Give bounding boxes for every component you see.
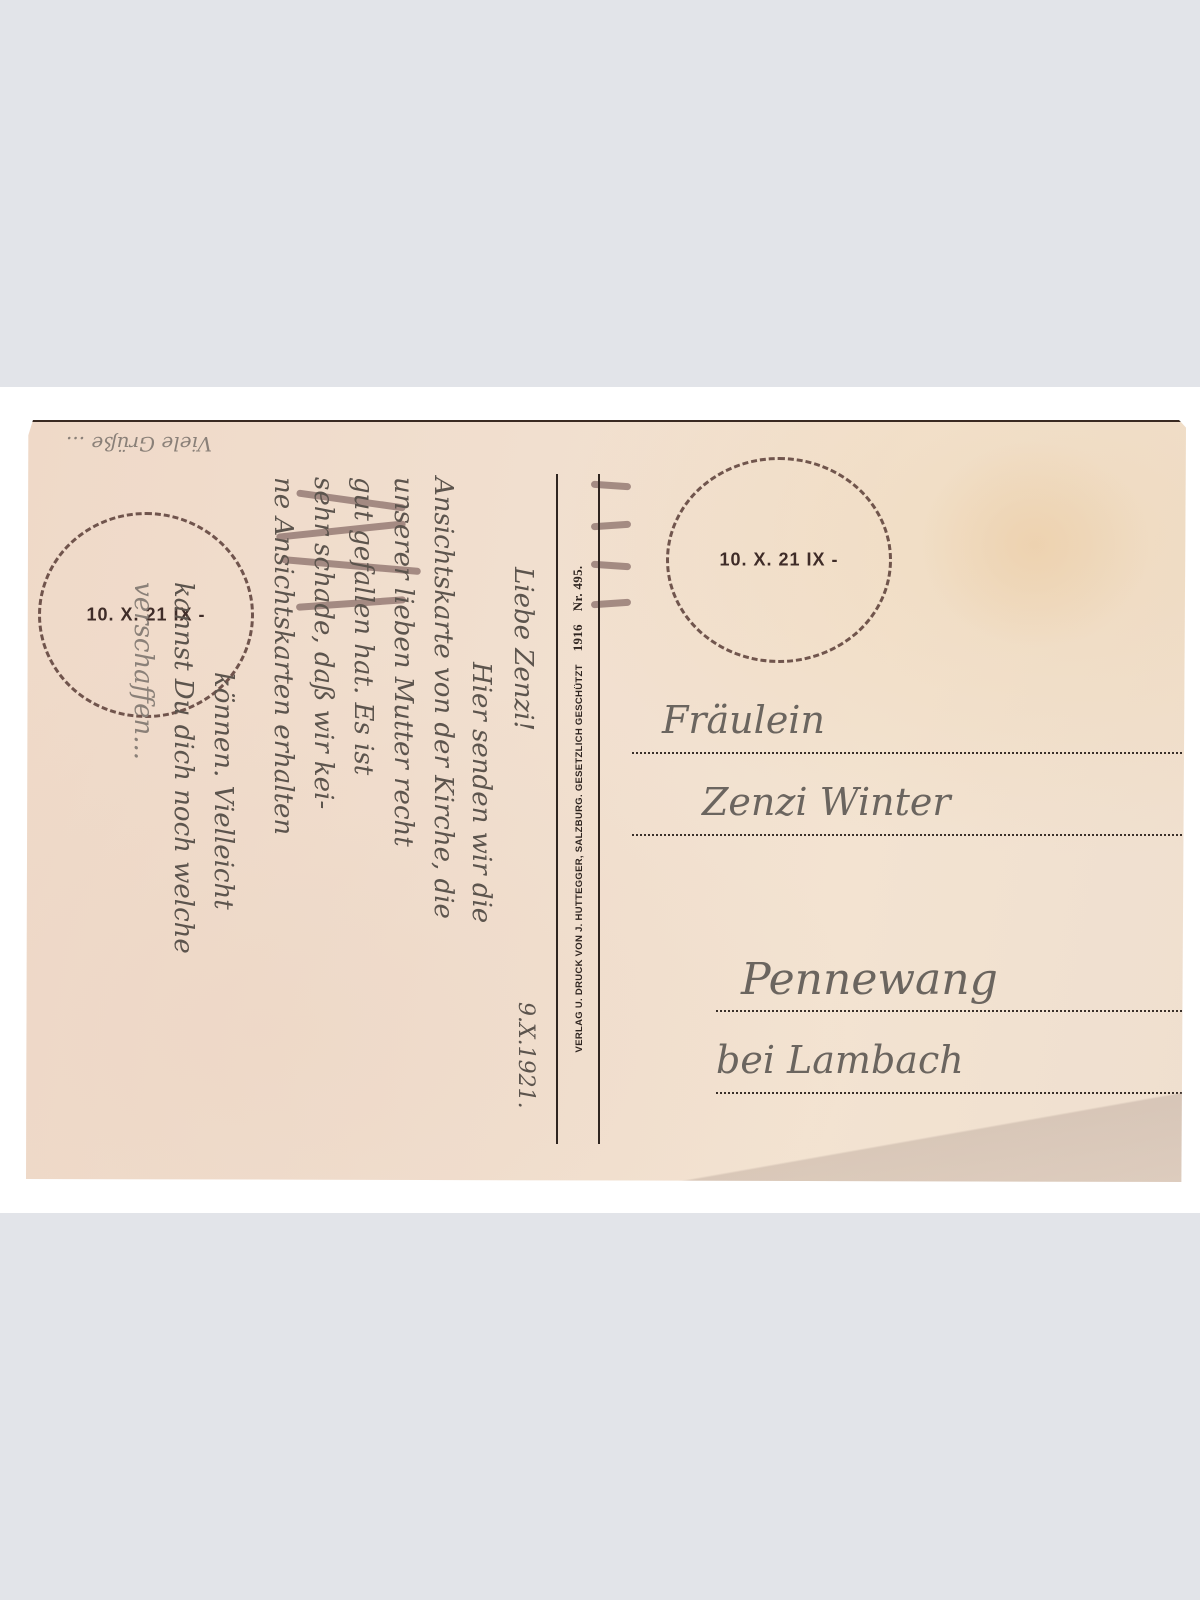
message-line: kannst Du dich noch welche (168, 582, 198, 954)
message-line: sehr schade, daß wir kei- (308, 477, 338, 809)
address-divider: VERLAG U. DRUCK VON J. HUTTEGGER, SALZBU… (556, 474, 600, 1144)
address-line-2: Zenzi Winter (632, 774, 1182, 836)
right-postmark: 10. X. 21 IX - (666, 457, 892, 663)
address-line-3: Pennewang (716, 950, 1182, 1012)
message-line: gut gefallen hat. Es ist (348, 477, 378, 775)
publisher-imprint: VERLAG U. DRUCK VON J. HUTTEGGER, SALZBU… (570, 566, 586, 1053)
print-year: 1916 (570, 624, 585, 651)
message-salutation: Liebe Zenzi! (508, 567, 538, 731)
postmark-date: 10. X. 21 IX - (669, 550, 889, 571)
message-line: ne Ansichtskarten erhalten (268, 477, 298, 835)
scan-frame: Viele Grüße ... 10. X. 21 IX - 10. X. 21… (0, 387, 1200, 1213)
message-date: 9.X.1921. (513, 1002, 538, 1109)
message-line: Ansichtskarte von der Kirche, die (428, 477, 458, 919)
postcard-back: Viele Grüße ... 10. X. 21 IX - 10. X. 21… (26, 420, 1186, 1182)
top-margin-note: Viele Grüße ... (66, 432, 212, 456)
message-line: verschaffen... (128, 582, 158, 760)
address-line-1: Fräulein (632, 692, 1182, 754)
address-line-4: bei Lambach (716, 1032, 1182, 1094)
message-line: können. Vielleicht (208, 672, 238, 910)
message-line: unserer lieben Mutter recht (388, 477, 418, 847)
stamp-placeholder (920, 440, 1150, 650)
card-number: Nr. 495. (570, 566, 585, 612)
message-line: Hier senden wir die (466, 662, 496, 923)
